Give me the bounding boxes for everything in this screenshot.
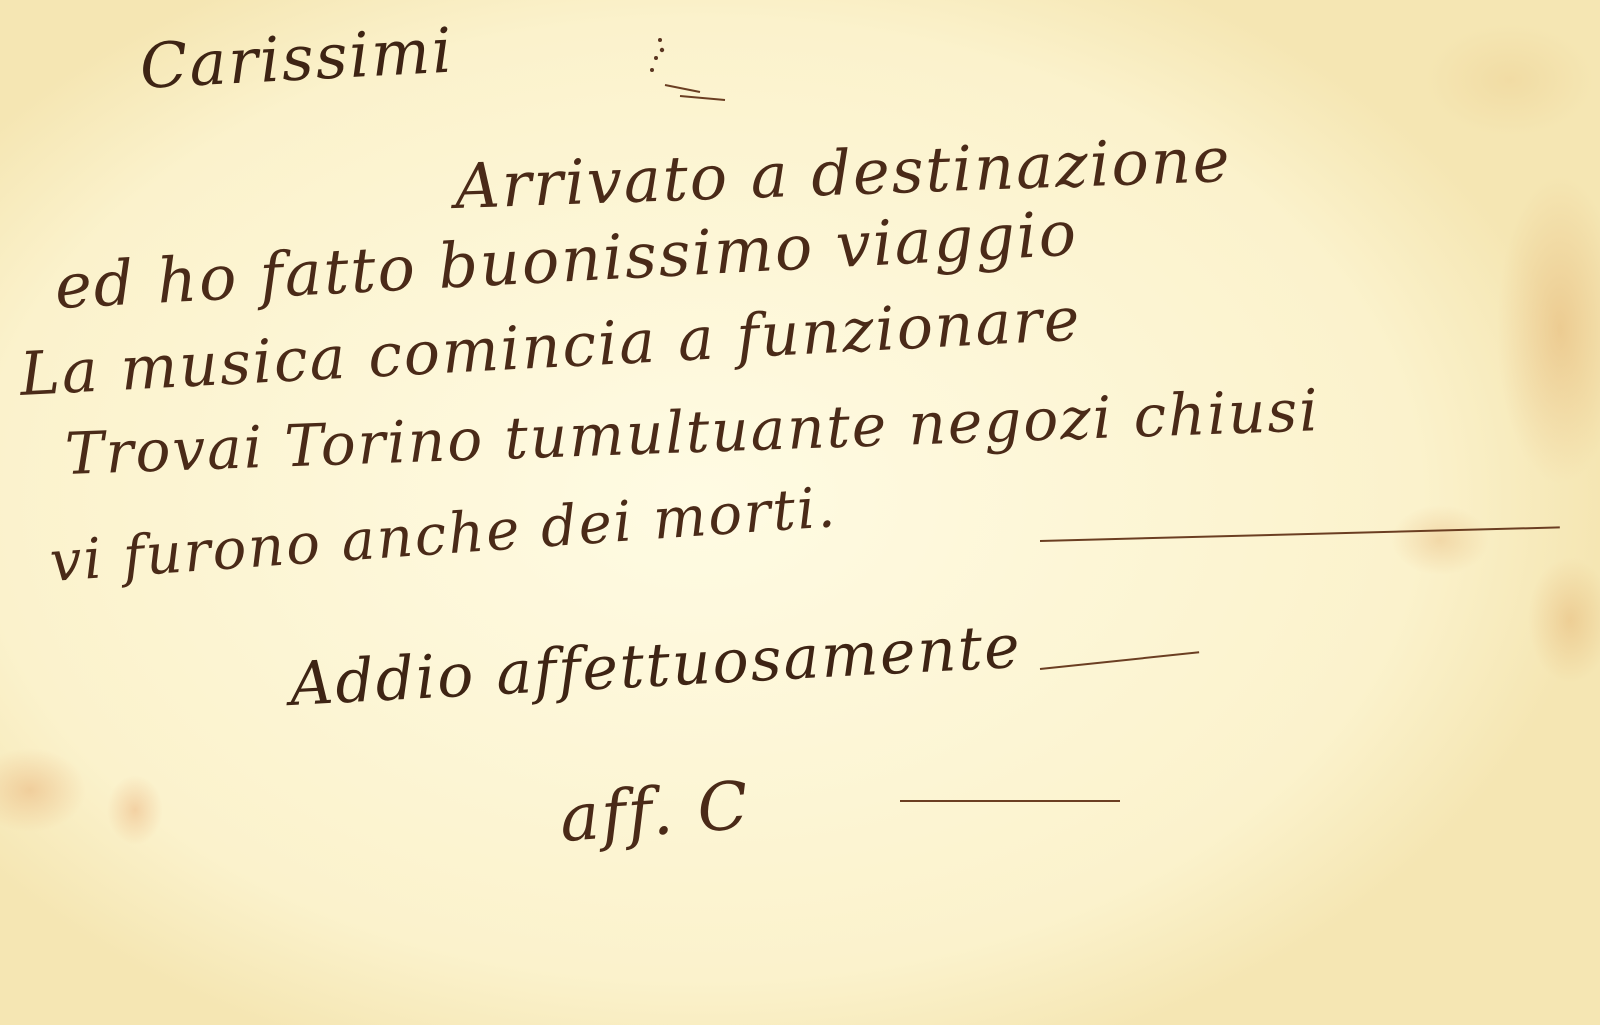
closing: Addio affettuosamente bbox=[288, 612, 1023, 720]
flourish-line bbox=[1040, 526, 1560, 542]
signature-flourish bbox=[900, 800, 1120, 802]
closing-flourish bbox=[1040, 651, 1199, 670]
signature: aff. C bbox=[557, 767, 752, 857]
greeting: Carissimi bbox=[138, 14, 455, 103]
postcard: Carissimi Arrivato a destinazione ed ho … bbox=[0, 0, 1600, 1025]
ink-blot-marks bbox=[640, 30, 730, 110]
message-line-5: vi furono anche dei morti. bbox=[48, 475, 839, 595]
